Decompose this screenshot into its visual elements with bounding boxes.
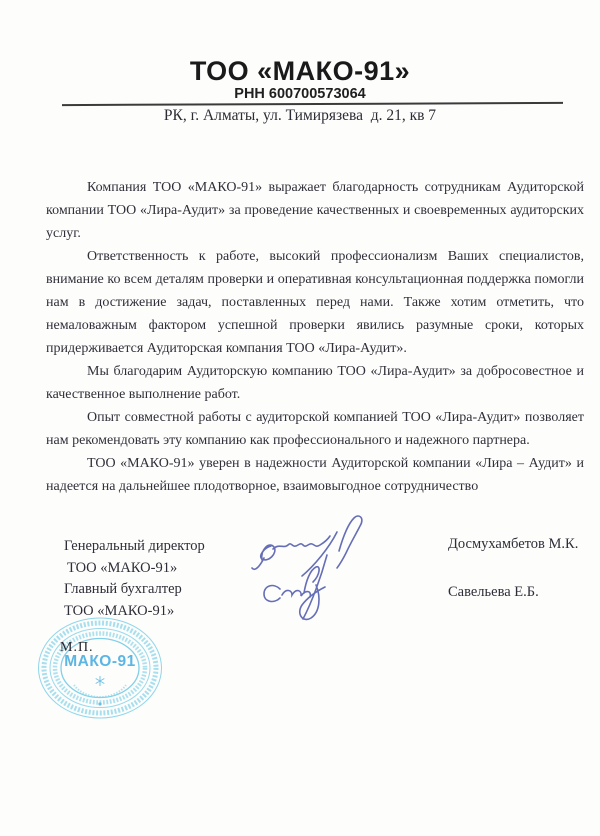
text-line: немаловажным фактором успешной проверки …: [46, 314, 584, 337]
role-accountant: Главный бухгалтер: [64, 579, 205, 601]
text-line: Компания ТОО «МАКО-91» выражает благодар…: [46, 176, 584, 199]
signatory-name-director: Досмухамбетов М.К.: [448, 536, 578, 553]
company-title: ТОО «МАКО-91»: [0, 56, 600, 87]
header-rule: [62, 102, 563, 106]
role-director: Генеральный директор: [64, 536, 205, 558]
stamp-bottom-star-icon: [98, 702, 101, 705]
signature-accountant-ink: [264, 555, 327, 619]
seal-place-mark: М.П.: [60, 640, 94, 656]
role-director-company: ТОО «МАКО-91»: [64, 558, 205, 580]
text-line: компании ТОО «Лира-Аудит» за проведение …: [46, 199, 584, 222]
signature-roles: Генеральный директор ТОО «МАКО-91» Главн…: [64, 536, 205, 623]
stamp-asterisk-icon: [96, 676, 105, 686]
signatory-name-accountant: Савельева Е.Б.: [448, 584, 539, 601]
company-rnn: РНН 600700573064: [0, 86, 600, 102]
text-line: качественное выполнение работ.: [46, 383, 584, 406]
text-line: ТОО «МАКО-91» уверен в надежности Аудито…: [46, 452, 584, 475]
company-stamp: МАКО-91: [36, 616, 166, 722]
text-line: Опыт совместной работы с аудиторской ком…: [46, 406, 584, 429]
company-address: РК, г. Алматы, ул. Тимирязева д. 21, кв …: [0, 107, 600, 125]
signature-director-ink: [252, 516, 362, 576]
document-page: ТОО «МАКО-91» РНН 600700573064 РК, г. Ал…: [0, 0, 600, 836]
text-line: внимание ко всем деталям проверки и опер…: [46, 268, 584, 291]
letter-body: Компания ТОО «МАКО-91» выражает благодар…: [46, 176, 584, 498]
text-line: Мы благодарим Аудиторскую компанию ТОО «…: [46, 360, 584, 383]
text-line: придерживается Аудиторская компания ТОО …: [46, 337, 584, 360]
text-line: услуг.: [46, 222, 584, 245]
text-line: надеется на дальнейшее плодотворное, вза…: [46, 475, 584, 498]
text-line: нам в достижение задач, поставленных пер…: [46, 291, 584, 314]
text-line: Ответственность к работе, высокий профес…: [46, 245, 584, 268]
handwritten-signatures: [240, 505, 380, 640]
text-line: нам рекомендовать эту компанию как профе…: [46, 429, 584, 452]
stamp-bottom-arc-text: [74, 685, 126, 697]
